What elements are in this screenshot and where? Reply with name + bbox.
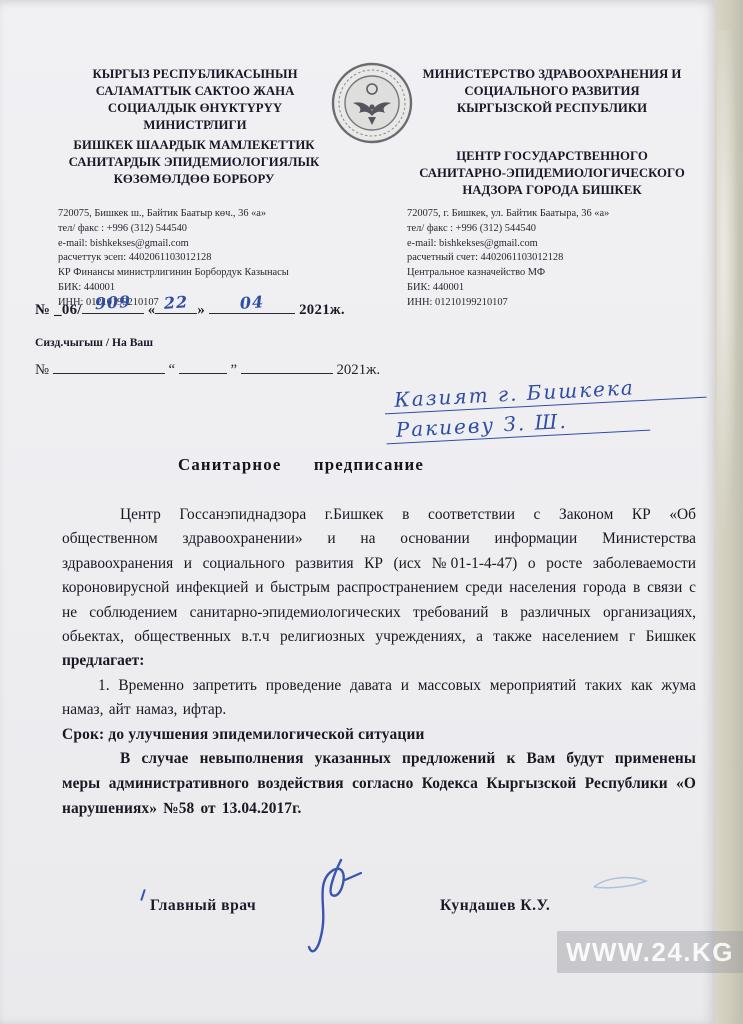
signer-position-title: Главный врач xyxy=(150,897,256,915)
header-left-ministry: КЫРГЫЗ РЕСПУБЛИКАСЫНЫН САЛАМАТТЫК САКТОО… xyxy=(52,66,338,134)
body-paragraph-2: В случае невыполнения указанных предложе… xyxy=(62,747,696,821)
header-left-center-name: БИШКЕК ШААРДЫК МАМЛЕКЕТТИК САНИТАРДЫК ЭП… xyxy=(44,137,344,188)
incoming-year-suffix: 2021ж. xyxy=(337,362,381,378)
incoming-number-prefix: № xyxy=(35,362,49,378)
your-reference-label: Сизд.чыгыш / На Ваш xyxy=(35,336,153,349)
handwritten-month: 04 xyxy=(239,292,265,313)
day-blank: 22 xyxy=(155,298,197,314)
signature-row: Главный врач Кундашев К.У. xyxy=(62,893,696,933)
header-right-ministry: МИНИСТЕРСТВО ЗДРАВООХРАНЕНИЯ И СОЦИАЛЬНО… xyxy=(398,66,706,117)
handwritten-addressee-line1: Казият г. Бишкека xyxy=(384,372,707,415)
body-term-line: Срок: до улучшения эпидемилогической сит… xyxy=(62,723,696,747)
incoming-number-blank xyxy=(53,358,165,374)
close-quote: » xyxy=(197,302,205,318)
outgoing-number-prefix: № _06/ xyxy=(35,302,82,318)
header-right-center-name: ЦЕНТР ГОСУДАРСТВЕННОГО САНИТАРНО-ЭПИДЕМИ… xyxy=(406,148,698,199)
handwritten-signature xyxy=(295,856,369,960)
handwritten-outgoing-number: 909 xyxy=(94,292,132,313)
body-paragraph-1: Центр Госсанэпиднадзора г.Бишкек в соотв… xyxy=(62,503,696,674)
open-quote-2: “ xyxy=(169,362,176,378)
site-watermark: WWW.24.KG xyxy=(557,931,743,973)
signer-name: Кундашев К.У. xyxy=(440,897,550,915)
scanned-document-page: КЫРГЫЗ РЕСПУБЛИКАСЫНЫН САЛАМАТТЫК САКТОО… xyxy=(0,0,716,1024)
state-emblem-seal-icon xyxy=(330,59,414,147)
incoming-month-blank xyxy=(241,358,333,374)
body-list-item-1: 1. Временно запретить проведение давата … xyxy=(62,674,696,723)
handwritten-addressee-note: Казият г. Бишкека Ракиеву З. Ш. xyxy=(384,372,709,449)
incoming-day-blank xyxy=(179,358,227,374)
body-paragraph-1-text: Центр Госсанэпиднадзора г.Бишкек в соотв… xyxy=(62,506,696,645)
handwritten-tick-mark xyxy=(140,889,146,901)
document-title: Санитарное предписание xyxy=(178,455,424,475)
handwritten-day: 22 xyxy=(164,292,190,313)
month-blank: 04 xyxy=(209,298,295,314)
year-suffix: 2021ж. xyxy=(299,302,345,318)
address-block-right: 720075, г. Бишкек, ул. Байтик Баатыра, 3… xyxy=(407,207,707,310)
outgoing-reference-line: № _06/909 «22» 04 2021ж. xyxy=(35,298,345,319)
body-paragraph-1-bold: предлагает: xyxy=(62,652,144,669)
faint-ink-scribble xyxy=(590,875,654,895)
incoming-reference-line: № “ ” 2021ж. xyxy=(35,358,380,379)
open-quote: « xyxy=(148,302,156,318)
outgoing-number-blank: 909 xyxy=(82,298,144,314)
close-quote-2: ” xyxy=(231,362,238,378)
document-body: Центр Госсанэпиднадзора г.Бишкек в соотв… xyxy=(62,503,696,821)
scan-background-edge xyxy=(715,0,743,1024)
